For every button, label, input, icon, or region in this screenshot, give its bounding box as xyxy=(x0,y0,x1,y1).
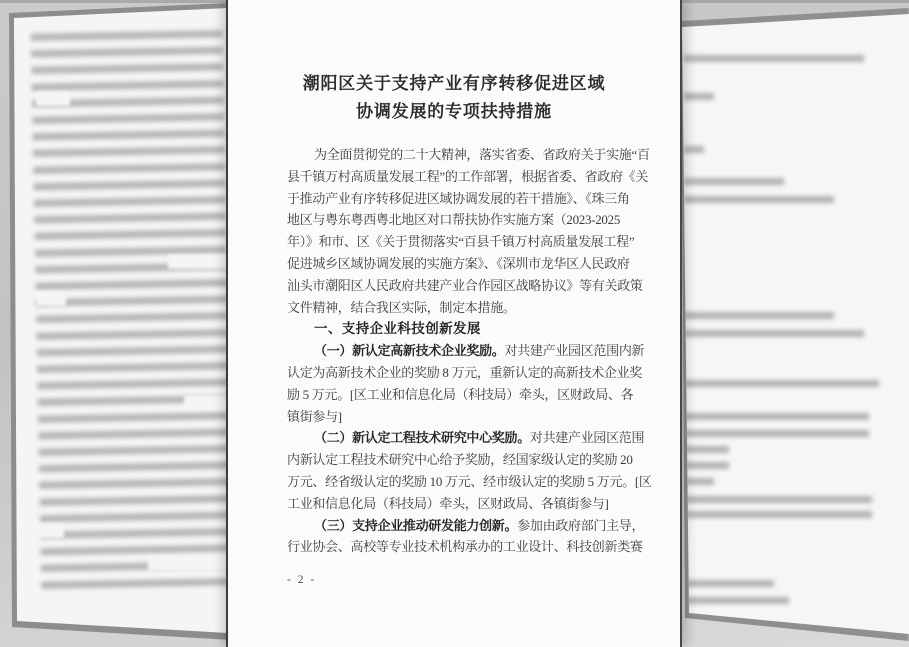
title-line-2: 协调发展的专项扶持措施 xyxy=(228,98,680,126)
blurred-text-line xyxy=(684,496,872,503)
section-heading: 一、支持企业科技创新发展 xyxy=(287,318,635,340)
document-photo: 潮阳区关于支持产业有序转移促进区域 协调发展的专项扶持措施 为全面贯彻党的二十大… xyxy=(0,0,909,647)
document-body: 为全面贯彻党的二十大精神，落实省委、省政府关于实施“百 县千镇万村高质量发展工程… xyxy=(287,144,635,558)
blurred-text-line xyxy=(684,580,774,587)
page-number: - 2 - xyxy=(287,574,316,586)
body-line: 于推动产业有序转移促进区域协调发展的若干措施》、《珠三角 xyxy=(287,188,635,210)
body-line: （三）支持企业推动研发能力创新。参加由政府部门主导， xyxy=(287,515,635,537)
body-line: 地区与粤东粤西粤北地区对口帮扶协作实施方案（2023-2025 xyxy=(287,209,635,231)
body-line: 行业协会、高校等专业技术机构承办的工业设计、科技创新类赛 xyxy=(287,536,635,558)
blurred-line-gap xyxy=(168,255,228,269)
body-line: 内新认定工程技术研究中心给予奖励，经国家级认定的奖励 20 xyxy=(287,449,635,471)
blurred-text-line xyxy=(684,312,834,319)
body-line: （一）新认定高新技术企业奖励。对共建产业园区范围内新 xyxy=(287,340,635,362)
body-line: 文件精神，结合我区实际，制定本措施。 xyxy=(287,297,635,319)
blurred-line-gap xyxy=(36,524,64,538)
body-line: 励 5 万元。[区工业和信息化局（科技局）牵头，区财政局、各 xyxy=(287,384,635,406)
blurred-text-line xyxy=(684,478,714,485)
blurred-line-gap xyxy=(36,292,66,306)
document-title: 潮阳区关于支持产业有序转移促进区域 协调发展的专项扶持措施 xyxy=(228,70,680,126)
body-line: 年）》和市、区《关于贯彻落实“百县千镇万村高质量发展工程” xyxy=(287,231,635,253)
blurred-text-line xyxy=(684,511,872,518)
blurred-line-gap xyxy=(148,557,228,571)
blurred-text-line xyxy=(684,462,729,469)
body-line: 认定为高新技术企业的奖励 8 万元，重新认定的高新技术企业奖 xyxy=(287,362,635,384)
blurred-line-gap xyxy=(36,92,70,106)
body-line: 县千镇万村高质量发展工程”的工作部署，根据省委、省政府《关 xyxy=(287,166,635,188)
blurred-text-lines xyxy=(31,30,234,590)
blurred-text-line xyxy=(684,196,834,203)
blurred-text-line xyxy=(684,178,784,185)
body-line: （二）新认定工程技术研究中心奖励。对共建产业园区范围 xyxy=(287,427,635,449)
blurred-text-line xyxy=(684,380,879,387)
document-page: 潮阳区关于支持产业有序转移促进区域 协调发展的专项扶持措施 为全面贯彻党的二十大… xyxy=(226,0,682,647)
body-line: 万元、经省级认定的奖励 10 万元、经市级认定的奖励 5 万元。[区 xyxy=(287,471,635,493)
body-line: 镇街参与] xyxy=(287,406,635,428)
blurred-text-line xyxy=(684,413,869,420)
blurred-text-line xyxy=(684,93,714,100)
blurred-line-gap xyxy=(184,395,228,409)
blurred-text-line xyxy=(684,55,864,62)
body-line: 促进城乡区域协调发展的实施方案》、《深圳市龙华区人民政府 xyxy=(287,253,635,275)
title-line-1: 潮阳区关于支持产业有序转移促进区域 xyxy=(228,70,680,98)
body-line: 汕头市潮阳区人民政府共建产业合作园区战略协议》等有关政策 xyxy=(287,275,635,297)
body-line: 为全面贯彻党的二十大精神，落实省委、省政府关于实施“百 xyxy=(287,144,635,166)
blurred-text-line xyxy=(684,446,729,453)
blurred-text-line xyxy=(684,430,869,437)
body-line: 工业和信息化局（科技局）牵头，区财政局、各镇街参与] xyxy=(287,493,635,515)
blurred-text-line xyxy=(684,146,704,153)
blurred-text-line xyxy=(684,330,864,337)
blurred-text-line xyxy=(684,597,789,604)
